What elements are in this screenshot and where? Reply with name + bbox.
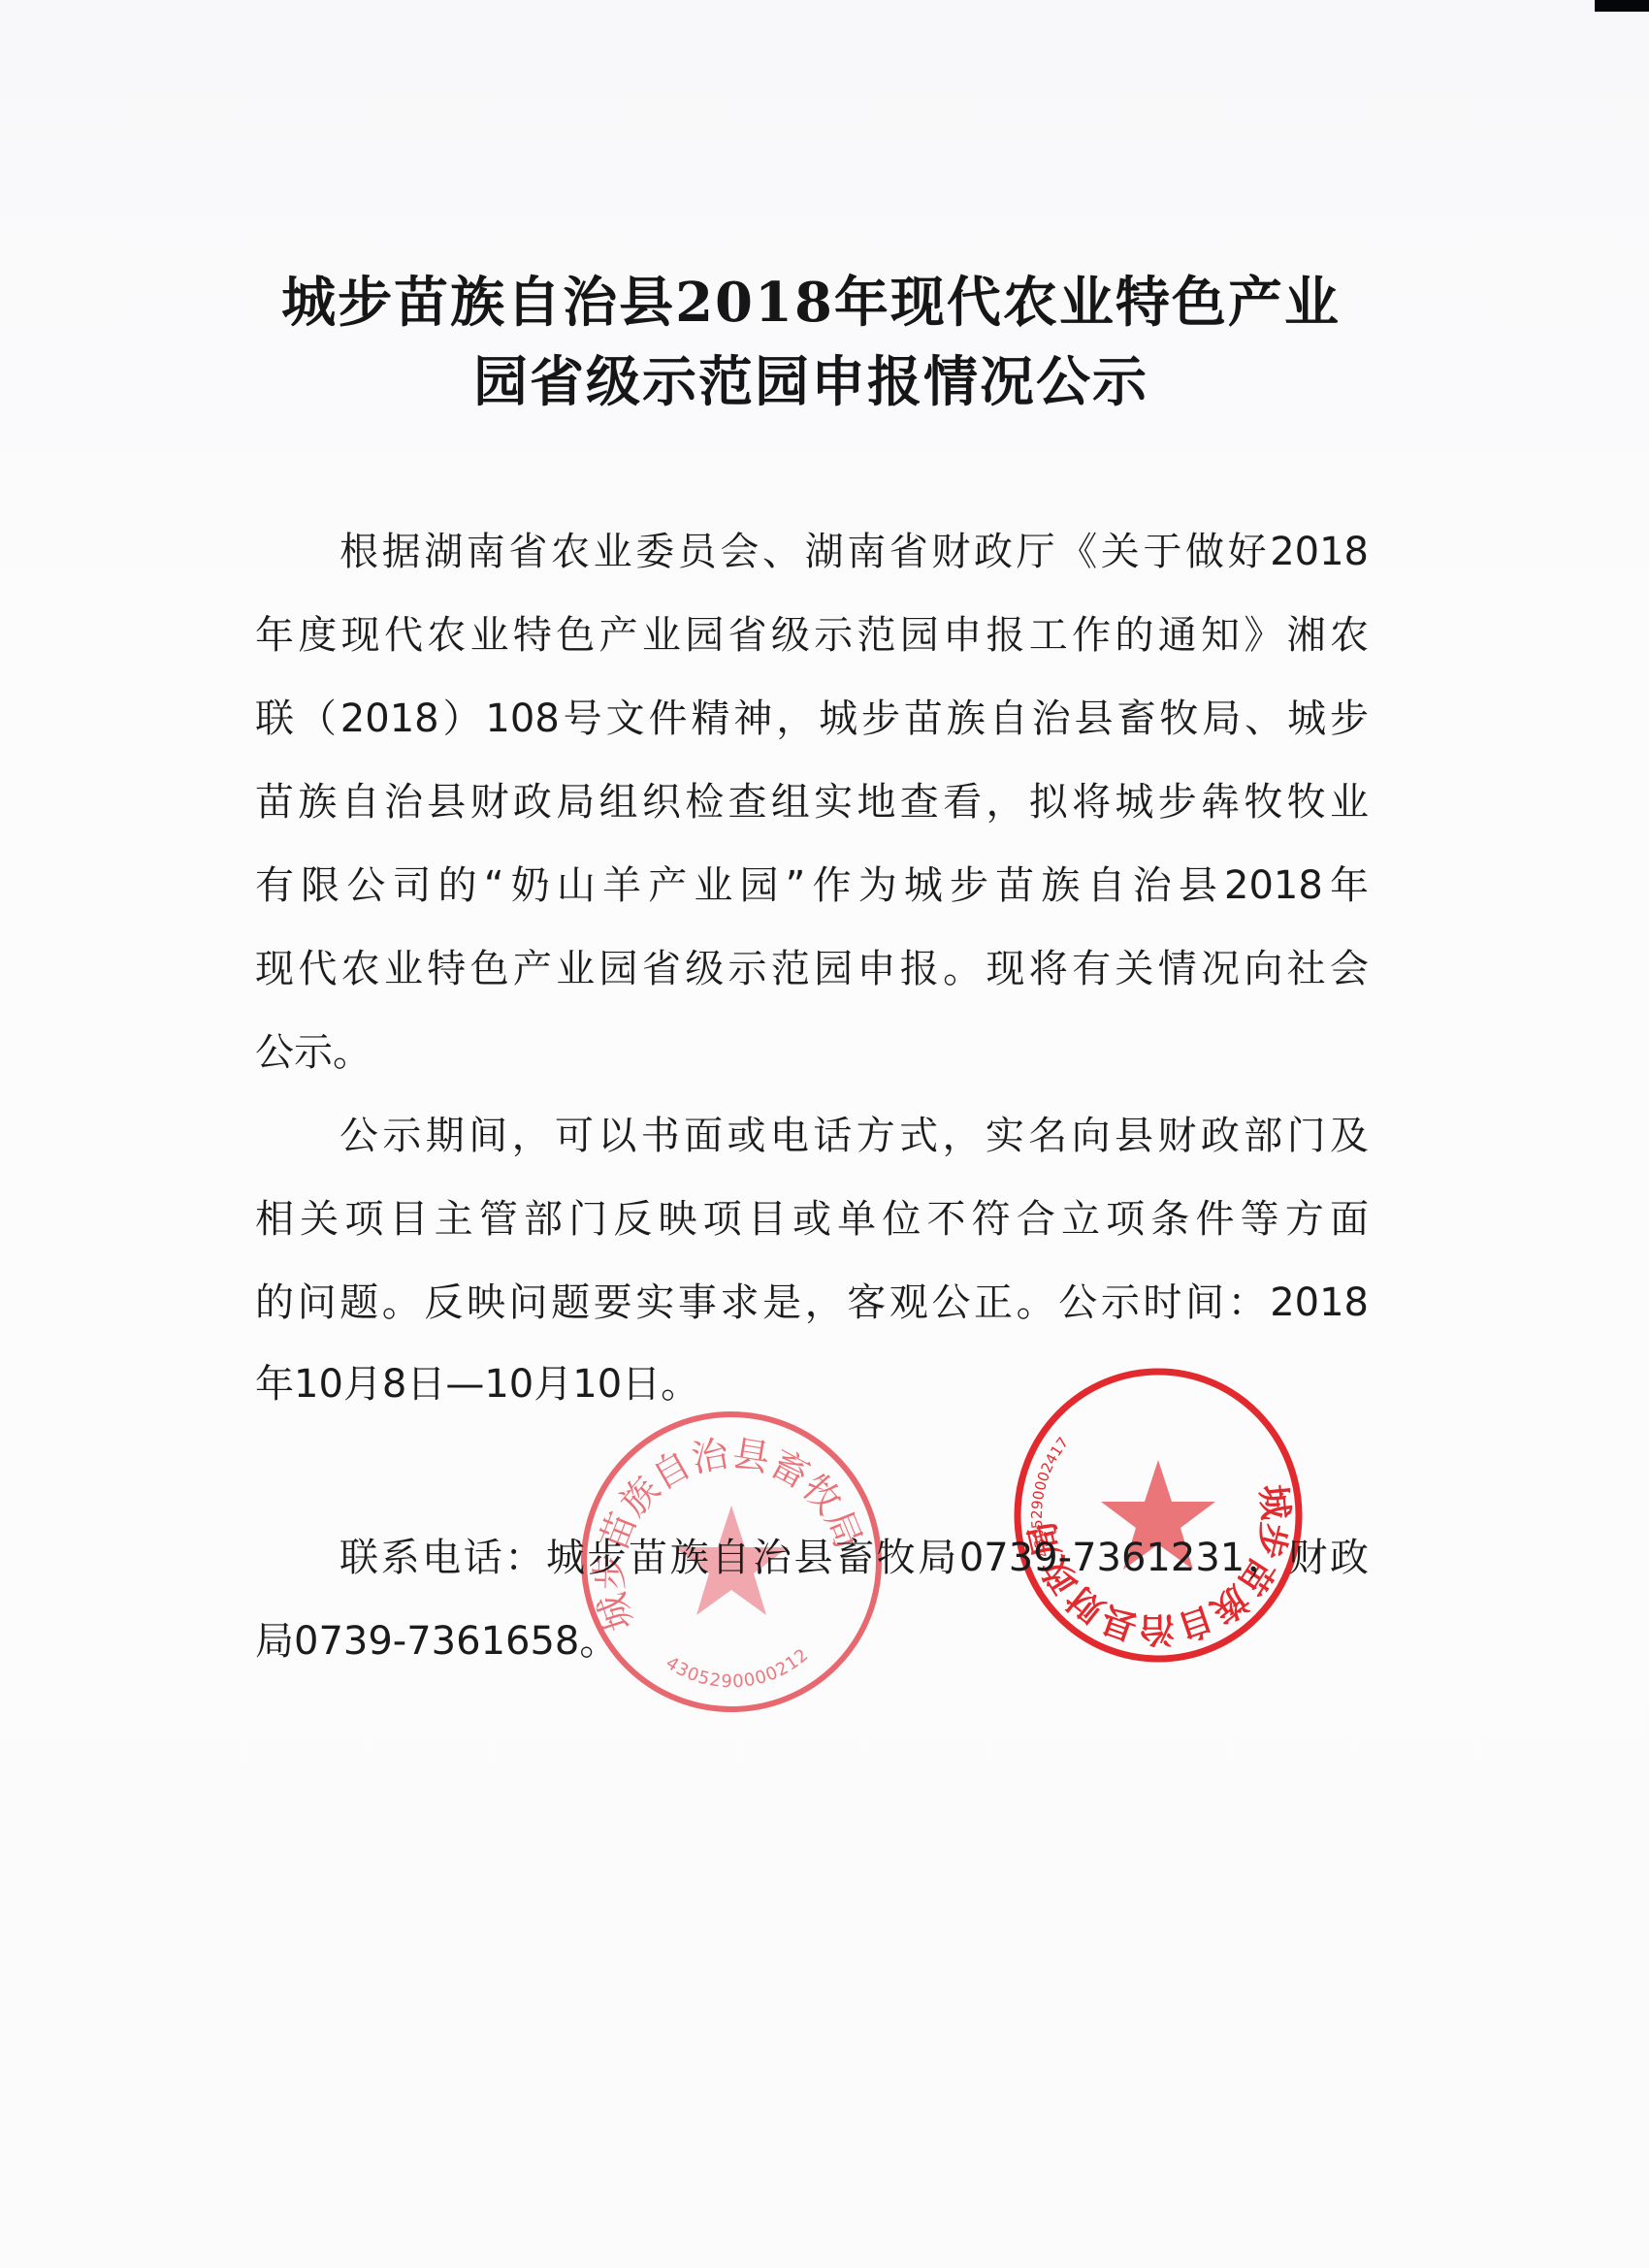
paragraph-line: 有限公司的“奶山羊产业园”作为城步苗族自治县2018年	[255, 862, 1369, 909]
paragraph-line: 苗族自治县财政局组织检查组实地查看，拟将城步犇牧牧业	[255, 779, 1369, 826]
contact-line: 联系电话：城步苗族自治县畜牧局0739-7361231，财政	[339, 1535, 1369, 1581]
paragraph-line: 根据湖南省农业委员会、湖南省财政厅《关于做好2018	[339, 529, 1369, 575]
paragraph-line: 现代农业特色产业园省级示范园申报。现将有关情况向社会	[255, 946, 1369, 992]
paragraph-line: 年度现代农业特色产业园省级示范园申报工作的通知》湘农	[255, 612, 1369, 659]
document-title-line-2: 园省级示范园申报情况公示	[0, 351, 1635, 413]
paragraph-line: 公示。	[255, 1029, 1369, 1076]
paragraph-line: 公示期间，可以书面或电话方式，实名向县财政部门及	[339, 1113, 1369, 1159]
paragraph-line: 联（2018）108号文件精神，城步苗族自治县畜牧局、城步	[255, 696, 1369, 742]
scanned-page: 城步苗族自治县2018年现代农业特色产业 园省级示范园申报情况公示 根据湖南省农…	[0, 0, 1649, 2268]
scan-edge-artifact	[1595, 0, 1649, 12]
contact-line: 局0739-7361658。	[255, 1618, 1369, 1665]
paragraph-line: 相关项目主管部门反映项目或单位不符合立项条件等方面	[255, 1196, 1369, 1243]
paragraph-line: 的问题。反映问题要实事求是，客观公正。公示时间：2018	[255, 1280, 1369, 1326]
document-title-line-1: 城步苗族自治县2018年现代农业特色产业	[0, 272, 1635, 334]
